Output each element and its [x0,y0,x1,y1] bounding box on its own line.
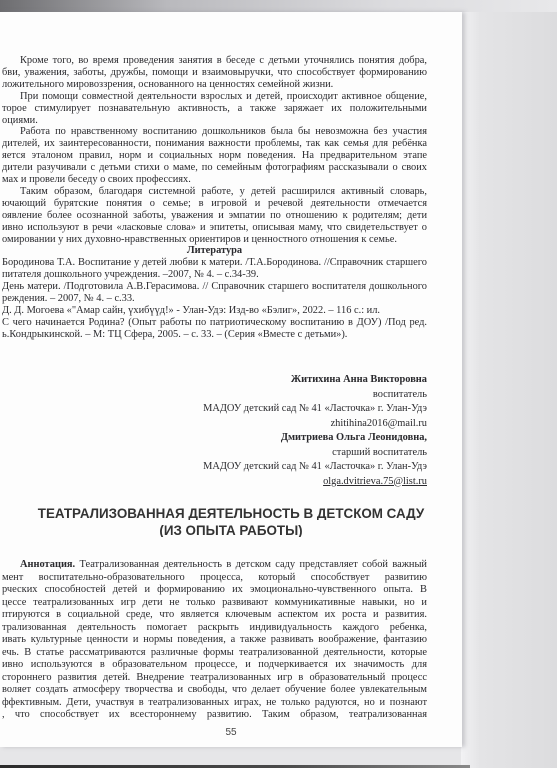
author-organization: МАДОУ детский сад № 41 «Ласточка» г. Ула… [150,461,427,473]
scan-background [461,12,557,768]
reference-item: С чего начинается Родина? (Опыт работы п… [2,317,427,329]
annotation-line: рческих способностей детей и формировани… [2,584,427,596]
reference-item: День матери. /Подготовила А.В.Герасимова… [2,281,427,293]
literature-heading: Литература [2,245,427,257]
paragraph-line: ложительного мировоззрения, основанного … [2,79,427,91]
paragraph-line: торое стимулирует познавательную активно… [2,103,427,115]
author-email: olga.dvitrieva.75@list.ru [150,476,427,488]
annotation-line: , что способствует их всестороннему разв… [2,709,427,721]
paragraph-line: мах и провели беседу о своих профессиях. [2,174,427,186]
annotation-first-line: Аннотация. Театрализованная деятельность… [20,559,427,571]
author-name: Житихина Анна Викторовна [150,374,427,386]
reference-item: Бородинова Т.А. Воспитание у детей любви… [2,257,427,269]
annotation-line: цессе театрализованных игр дети не тольк… [2,597,427,609]
paragraph-line: яется эталоном правил, норм и социальных… [2,150,427,162]
annotation-line: воляет создать атмосферу творчества и св… [2,684,427,696]
paragraph-line: ивно используют в речи «ласковые слова» … [2,222,427,234]
author-email: zhitihina2016@mail.ru [150,418,427,430]
paragraph-line: омировании у них духовно-нравственных ор… [2,234,427,246]
author-role: старший воспитатель [150,447,427,459]
paragraph-line: Кроме того, во время проведения занятия … [20,55,427,67]
paragraph-line: дителей, их заинтересованности, понимани… [2,138,427,150]
paragraph-line: дители разучивали с детьми стихи о маме,… [2,162,427,174]
author-role: воспитатель [150,389,427,401]
annotation-line: ффективным. Дети, участвуя в театрализов… [2,697,427,709]
paragraph-line: оявление более осознанной заботы, уважен… [2,210,427,222]
reference-item: ь.Кондрыкинской. – М: ТЦ Сфера, 2005. – … [2,329,427,341]
document-page: Кроме того, во время проведения занятия … [0,12,462,747]
annotation-line: птируются в социальной среде, что являет… [2,609,427,621]
article-title: ТЕАТРАЛИЗОВАННАЯ ДЕЯТЕЛЬНОСТЬ В ДЕТСКОМ … [0,508,462,520]
paragraph-line: Таким образом, благодаря системной работ… [20,186,427,198]
annotation-label: Аннотация. [20,559,75,570]
paragraph-line: оциями. [2,115,427,127]
scan-top-shadow [0,0,557,12]
annotation-text: Театрализованная деятельность в детском … [75,559,427,570]
page-number: 55 [0,727,462,739]
reference-item: питателя дошкольного учреждения. –2007, … [2,269,427,281]
annotation-line: трализованная деятельность помогает раск… [2,622,427,634]
reference-item: реждения. – 2007, № 4. – с.33. [2,293,427,305]
author-organization: МАДОУ детский сад № 41 «Ласточка» г. Ула… [150,403,427,415]
paragraph-line: ючающий бурятские понятия о семье; в игр… [2,198,427,210]
paragraph-line: При помощи совместной деятельности взрос… [20,91,427,103]
article-subtitle: (ИЗ ОПЫТА РАБОТЫ) [0,525,462,537]
annotation-line: ечь. В статье рассматриваются различные … [2,647,427,659]
author-name: Дмитриева Ольга Леонидовна, [150,432,427,444]
annotation-line: ивать культурные ценности и нормы поведе… [2,634,427,646]
reference-item: Д. Д. Могоева «"Амар сайн, үхибүүд!» - У… [2,305,427,317]
paragraph-line: Работа по нравственному воспитанию дошко… [20,126,427,138]
annotation-line: мент воспитательно-образовательного проц… [2,572,427,584]
annotation-line: стороннего развития детей. Внедрение теа… [2,672,427,684]
paragraph-line: бви, уважения, заботы, дружбы, помощи и … [2,67,427,79]
annotation-line: ивно используются в образовательном проц… [2,659,427,671]
